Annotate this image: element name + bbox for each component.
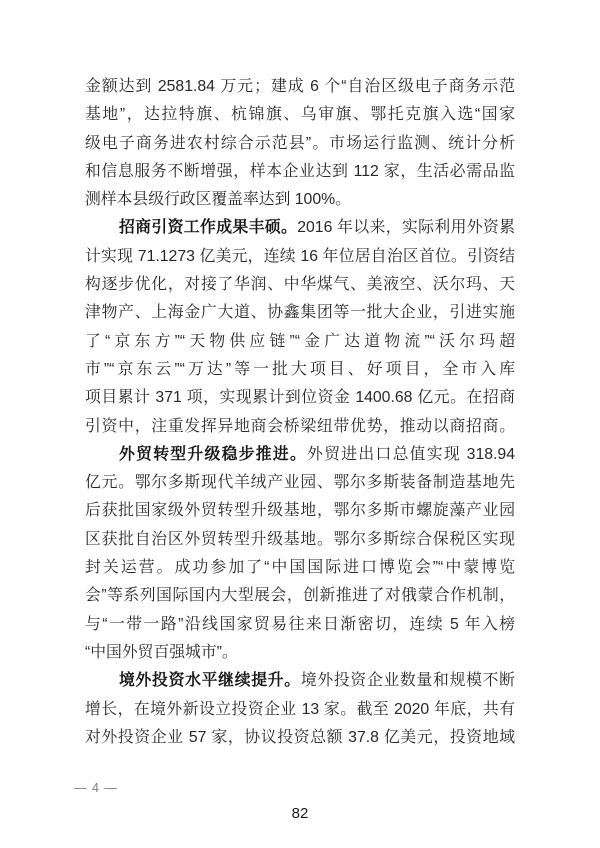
text-line: 亿元。鄂尔多斯现代羊绒产业园、鄂尔多斯装备制造基地先 bbox=[85, 469, 515, 497]
paragraph-lead: 招商引资工作成果丰硕。 bbox=[119, 219, 297, 236]
paragraph-lead: 境外投资水平继续提升。 bbox=[119, 672, 301, 689]
text-line: 增长，在境外新设立投资企业 13 家。截至 2020 年底，共有 bbox=[85, 696, 515, 724]
text-line: 津物产、上海金广大道、协鑫集团等一批大企业，引进实施 bbox=[85, 299, 515, 327]
text-line: 项目累计 371 项，实现累计到位资金 1400.68 亿元。在招商 bbox=[85, 384, 515, 412]
text-line: “中国外贸百强城市”。 bbox=[85, 639, 515, 667]
text-line: 测样本县级行政区覆盖率达到 100%。 bbox=[85, 186, 515, 214]
text-line: 对外投资企业 57 家，协议投资总额 37.8 亿美元，投资地域 bbox=[85, 724, 515, 752]
text-line: 区获批自治区外贸转型升级基地。鄂尔多斯综合保税区实现 bbox=[85, 526, 515, 554]
text-line: 金额达到 2581.84 万元；建成 6 个“自治区级电子商务示范 bbox=[85, 73, 515, 101]
text-line: 与“一带一路”沿线国家贸易往来日渐密切，连续 5 年入榜 bbox=[85, 611, 515, 639]
text-line: 市”“京东云”“万达”等一批大项目、好项目，全市入库 bbox=[85, 356, 515, 384]
text-line: 了“京东方”“天物供应链”“金广达道物流”“沃尔玛超 bbox=[85, 328, 515, 356]
text-line: 外贸转型升级稳步推进。外贸进出口总值实现 318.94 bbox=[85, 441, 515, 469]
text-line: 境外投资水平继续提升。境外投资企业数量和规模不断 bbox=[85, 667, 515, 695]
text-line: 和信息服务不断增强，样本企业达到 112 家，生活必需品监 bbox=[85, 158, 515, 186]
body-text: 金额达到 2581.84 万元；建成 6 个“自治区级电子商务示范基地”，达拉特… bbox=[85, 73, 515, 752]
page-number: 82 bbox=[0, 805, 600, 822]
text-line: 招商引资工作成果丰硕。2016 年以来，实际利用外资累 bbox=[85, 214, 515, 242]
text-line: 级电子商务进农村综合示范县”。市场运行监测、统计分析 bbox=[85, 130, 515, 158]
text-line: 后获批国家级外贸转型升级基地，鄂尔多斯市螺旋藻产业园 bbox=[85, 497, 515, 525]
doc-page-label: — 4 — bbox=[74, 781, 118, 795]
text-line: 计实现 71.1273 亿美元，连续 16 年位居自治区首位。引资结 bbox=[85, 243, 515, 271]
paragraph-lead: 外贸转型升级稳步推进。 bbox=[119, 446, 307, 463]
document-page: 金额达到 2581.84 万元；建成 6 个“自治区级电子商务示范基地”，达拉特… bbox=[0, 0, 600, 848]
text-line: 构逐步优化，对接了华润、中华煤气、美液空、沃尔玛、天 bbox=[85, 271, 515, 299]
text-line: 引资中，注重发挥异地商会桥梁纽带优势，推动以商招商。 bbox=[85, 413, 515, 441]
text-line: 会”等系列国际国内大型展会，创新推进了对俄蒙合作机制， bbox=[85, 582, 515, 610]
text-line: 基地”，达拉特旗、杭锦旗、乌审旗、鄂托克旗入选“国家 bbox=[85, 101, 515, 129]
text-line: 封关运营。成功参加了“中国国际进口博览会”“中蒙博览 bbox=[85, 554, 515, 582]
